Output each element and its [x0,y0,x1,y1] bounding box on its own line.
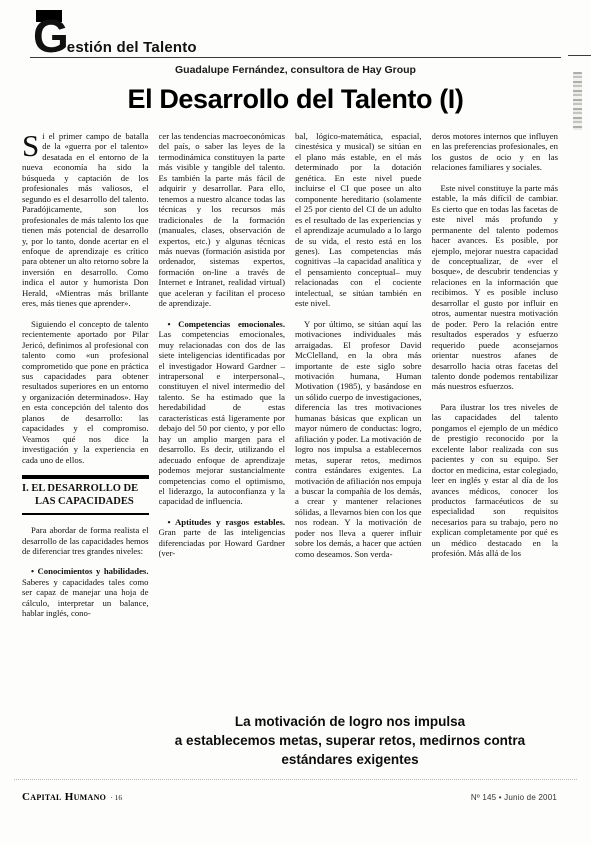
article-paragraph: cer las tendencias macroeconómicas del p… [159,131,286,309]
article-paragraph: Este nivel constituye la parte más estab… [432,183,559,392]
magazine-page: Gestión del Talento Guadalupe Fernández,… [0,0,591,845]
footer-left: Capital Humano · 16 [22,791,122,803]
bullet-lead: • Conocimientos y habilidades. [31,566,149,576]
column-3: bal, lógico-matemática, espacial, cinest… [295,131,422,705]
section-initial: G [33,16,68,56]
paragraph-text: Las competencias emocionales, muy relaci… [159,329,286,506]
article-paragraph: • Conocimientos y habilidades. Saberes y… [22,566,149,618]
article-paragraph: • Competencias emocionales. Las competen… [159,319,286,507]
pull-quote-line: estándares exigentes [138,750,562,769]
section-title: Gestión del Talento [33,16,197,56]
pull-quote-line: a establecemos metas, superar retos, med… [138,731,562,750]
section-kicker: Gestión del Talento [33,10,197,56]
article-paragraph: deros motores internos que influyen en l… [432,131,559,173]
footer-rule [14,779,577,780]
issue-date: Nº 145 • Junio de 2001 [471,793,557,802]
article-paragraph: Siguiendo el concepto de talento recient… [22,319,149,465]
paragraph-text: Saberes y capacidades tales como ser cap… [22,577,149,618]
article-title: El Desarrollo del Talento (I) [0,84,591,115]
dropcap: S [22,131,42,159]
bullet-lead: • Competencias emocionales. [168,319,286,329]
pull-quote-line: La motivación de logro nos impulsa [138,712,562,731]
magazine-brand: Capital Humano [22,791,106,803]
article-paragraph: • Aptitudes y rasgos estables. Gran part… [159,517,286,559]
article-paragraph: Para abordar de forma realista el desarr… [22,525,149,556]
section-title-text: estión del Talento [67,39,197,56]
page-number: · 16 [110,793,122,802]
column-2: cer las tendencias macroeconómicas del p… [159,131,286,705]
article-paragraph: bal, lógico-matemática, espacial, cinest… [295,131,422,309]
paragraph-text: Gran parte de las inteligencias diferenc… [159,527,286,558]
article-body: Si el primer campo de batalla de la «gue… [22,131,558,776]
pull-quote: La motivación de logro nos impulsa a est… [138,712,562,769]
bullet-lead: • Aptitudes y rasgos estables. [168,517,286,527]
article-paragraph: Para ilustrar los tres niveles de las ca… [432,402,559,559]
section-heading: I. EL DESARROLLO DE LAS CAPACIDADES [22,475,149,515]
column-1: Si el primer campo de batalla de la «gue… [22,131,149,776]
header-rule-right [568,55,591,56]
byline: Guadalupe Fernández, consultora de Hay G… [0,64,591,76]
header-rule [30,57,561,58]
article-paragraph: Y por último, se sitúan aquí las motivac… [295,319,422,559]
article-paragraph: Si el primer campo de batalla de la «gue… [22,131,149,309]
column-4: deros motores internos que influyen en l… [432,131,559,705]
